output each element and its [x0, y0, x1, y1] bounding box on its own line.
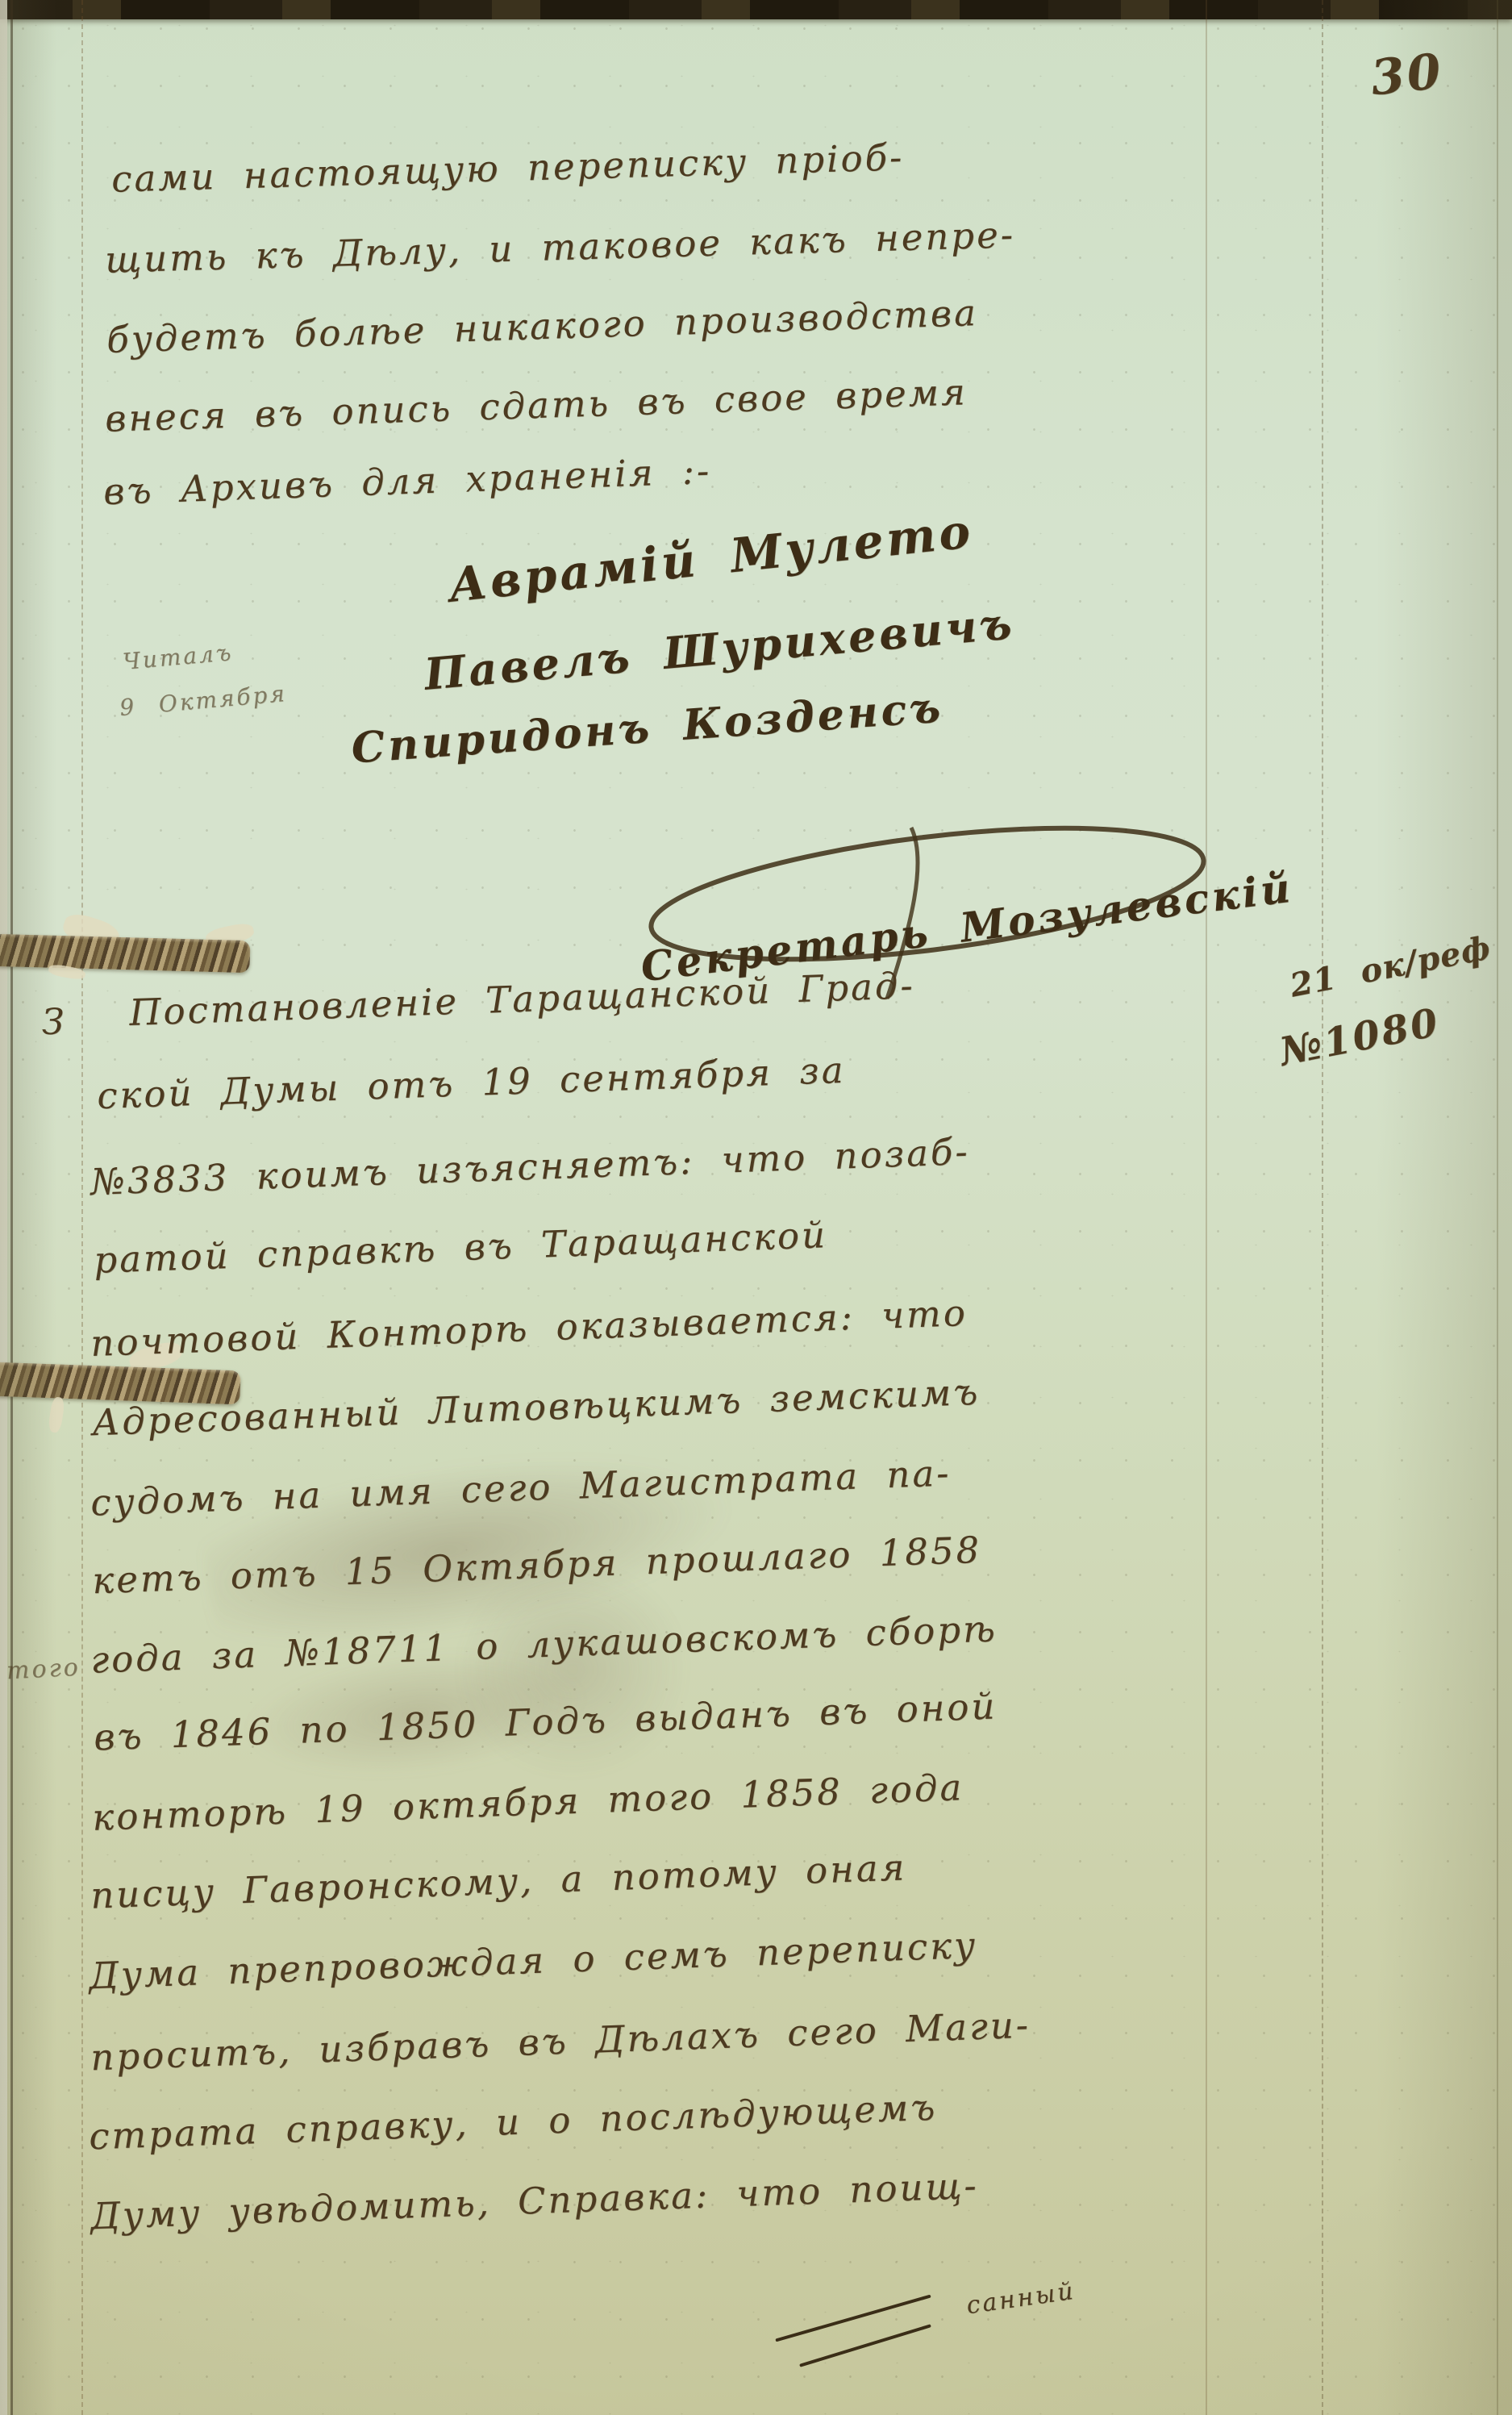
resolution-line: страта справку, и о послѣдующемъ — [88, 2086, 938, 2158]
closing-line: въ Архивъ для храненія :- — [102, 449, 712, 513]
closing-line: внеся въ опись сдать въ свое время — [104, 370, 968, 440]
ink-smudge — [452, 1557, 694, 1783]
right-page-edge-line — [1497, 0, 1498, 2415]
resolution-line: Думу увѣдомить, Справка: что поищ- — [90, 2164, 979, 2238]
closing-line: щить къ Дѣлу, и таковое какъ непре- — [104, 213, 1015, 282]
margin-word: того — [6, 1654, 81, 1686]
resolution-line: конторѣ 19 октября того 1858 года — [91, 1766, 964, 1839]
resolution-line: почтовой Конторѣ оказывается: что — [90, 1291, 968, 1365]
resolution-line: кетъ отъ 15 Октября прошлаго 1858 — [91, 1529, 982, 1602]
thread-fray — [48, 1396, 65, 1433]
page-edge-line — [10, 0, 13, 2415]
closing-line: будетъ болѣе никакого производства — [106, 291, 978, 361]
underline-flourish — [799, 2324, 931, 2367]
item-number: З — [42, 1002, 66, 1043]
resolution-line: года за №18711 о лукашовскомъ сборѣ — [90, 1607, 998, 1681]
thread-rope — [0, 934, 250, 973]
reader-note-line: 9 Октября — [119, 680, 288, 721]
reader-note-line: Читалъ — [122, 639, 235, 675]
page-left-edge — [0, 0, 7, 2415]
resolution-line: писцу Гавронскому, а потому оная — [90, 1846, 907, 1917]
resolution-line: ской Думы отъ 19 сентября за — [96, 1049, 846, 1117]
document-scan: 30 сами настоящую переписку пріоб- щить … — [0, 0, 1512, 2415]
resolution-line: въ 1846 по 1850 Годъ выданъ въ оной — [93, 1684, 998, 1758]
margin-date-ref: 21 ок/реф — [1287, 928, 1494, 1004]
closing-line: сами настоящую переписку пріоб- — [110, 136, 904, 200]
underline-flourish — [775, 2295, 931, 2342]
resolution-line: Дума препровождая о семъ переписку — [88, 1924, 978, 1997]
scan-top-edge — [0, 0, 1512, 19]
resolution-line: проситъ, избравъ въ Дѣлахъ сего Маги- — [90, 2004, 1031, 2079]
page-number: 30 — [1368, 44, 1446, 107]
resolution-line: №3833 коимъ изъясняетъ: что позаб- — [90, 1130, 970, 1203]
right-margin-rule — [1322, 0, 1323, 2415]
resolution-line: судомъ на имя сего Магистрата па- — [90, 1451, 952, 1524]
right-text-rule — [1206, 0, 1207, 2415]
margin-ref-number: №1080 — [1277, 999, 1444, 1074]
left-margin-rule — [81, 0, 83, 2415]
resolution-line: ратой справкѣ въ Таращанской — [93, 1213, 828, 1282]
catchword: санный — [964, 2277, 1077, 2321]
binding-thread — [0, 918, 256, 987]
signature-name: Аврамій Мулето — [446, 503, 976, 613]
